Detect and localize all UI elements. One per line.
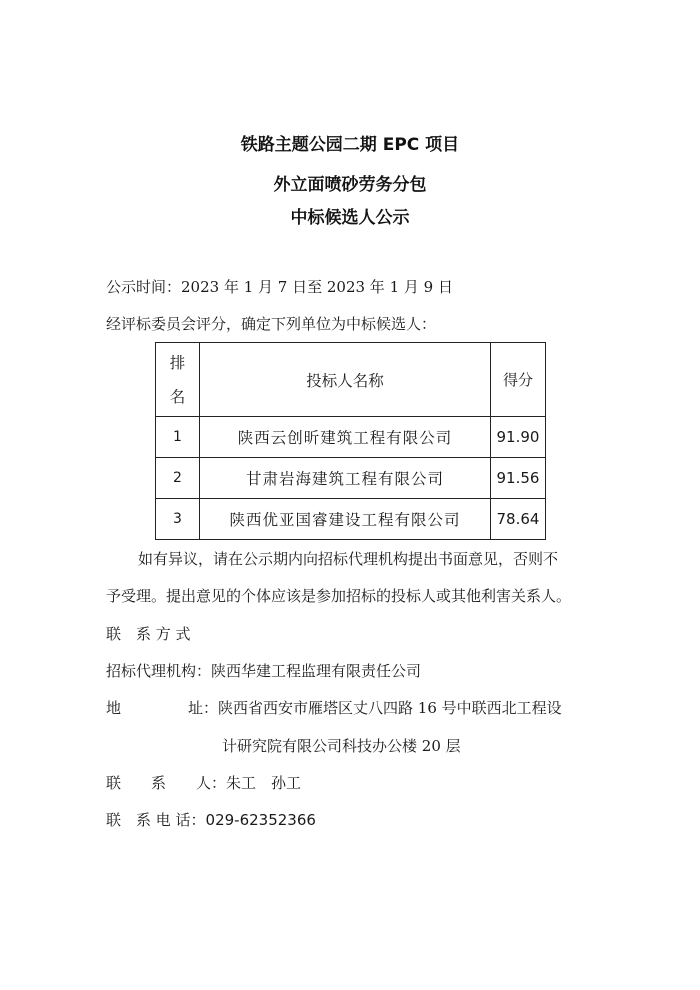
address-row: 址：陕西省西安市雁塔区丈八四路 16 号中联西北工程设 — [188, 697, 562, 718]
header-rank-line2: 名 — [170, 380, 186, 414]
header-name: 投标人名称 — [200, 343, 491, 417]
candidate-table: 排 名 投标人名称 得分 1 陕西云创昕建筑工程有限公司 91.90 2 甘肃岩… — [155, 342, 546, 540]
person-label: 联 系 人： — [106, 774, 226, 792]
doc-title-line1: 铁路主题公园二期 EPC 项目 — [0, 130, 700, 155]
rank-cell: 2 — [156, 458, 200, 499]
address-line2: 计研究院有限公司科技办公楼 20 层 — [222, 735, 461, 756]
header-score: 得分 — [491, 343, 546, 417]
table-row: 3 陕西优亚国睿建设工程有限公司 78.64 — [156, 499, 546, 540]
address-label-2: 址： — [188, 699, 218, 717]
person-row: 联 系 人：朱工 孙工 — [106, 772, 301, 793]
rank-cell: 3 — [156, 499, 200, 540]
score-cell: 91.90 — [491, 417, 546, 458]
bidder-name-cell: 甘肃岩海建筑工程有限公司 — [200, 458, 491, 499]
bidder-name-cell: 陕西优亚国睿建设工程有限公司 — [200, 499, 491, 540]
contact-heading: 联 系 方 式 — [106, 623, 191, 644]
rank-cell: 1 — [156, 417, 200, 458]
doc-title-line2: 外立面喷砂劳务分包 — [0, 170, 700, 195]
intro-text: 经评标委员会评分，确定下列单位为中标候选人： — [106, 313, 436, 334]
notice-period: 公示时间：2023 年 1 月 7 日至 2023 年 1 月 9 日 — [106, 276, 453, 297]
doc-title-line3: 中标候选人公示 — [0, 203, 700, 228]
address-label-1: 地 — [106, 697, 121, 718]
agency-value: 陕西华建工程监理有限责任公司 — [211, 662, 421, 680]
address-line1: 陕西省西安市雁塔区丈八四路 16 号中联西北工程设 — [218, 699, 562, 717]
score-cell: 91.56 — [491, 458, 546, 499]
agency-row: 招标代理机构：陕西华建工程监理有限责任公司 — [106, 660, 421, 681]
person-value: 朱工 孙工 — [226, 774, 301, 792]
header-rank: 排 名 — [156, 343, 200, 417]
objection-line1: 如有异议，请在公示期内向招标代理机构提出书面意见，否则不 — [138, 548, 558, 569]
bidder-name-cell: 陕西云创昕建筑工程有限公司 — [200, 417, 491, 458]
phone-label: 联 系 电 话： — [106, 811, 206, 829]
header-rank-line1: 排 — [170, 346, 186, 380]
table-header-row: 排 名 投标人名称 得分 — [156, 343, 546, 417]
table-row: 1 陕西云创昕建筑工程有限公司 91.90 — [156, 417, 546, 458]
score-cell: 78.64 — [491, 499, 546, 540]
phone-value: 029-62352366 — [206, 811, 316, 829]
agency-label: 招标代理机构： — [106, 662, 211, 680]
phone-row: 联 系 电 话：029-62352366 — [106, 809, 316, 830]
objection-line2: 予受理。提出意见的个体应该是参加招标的投标人或其他利害关系人。 — [106, 585, 571, 606]
table-row: 2 甘肃岩海建筑工程有限公司 91.56 — [156, 458, 546, 499]
